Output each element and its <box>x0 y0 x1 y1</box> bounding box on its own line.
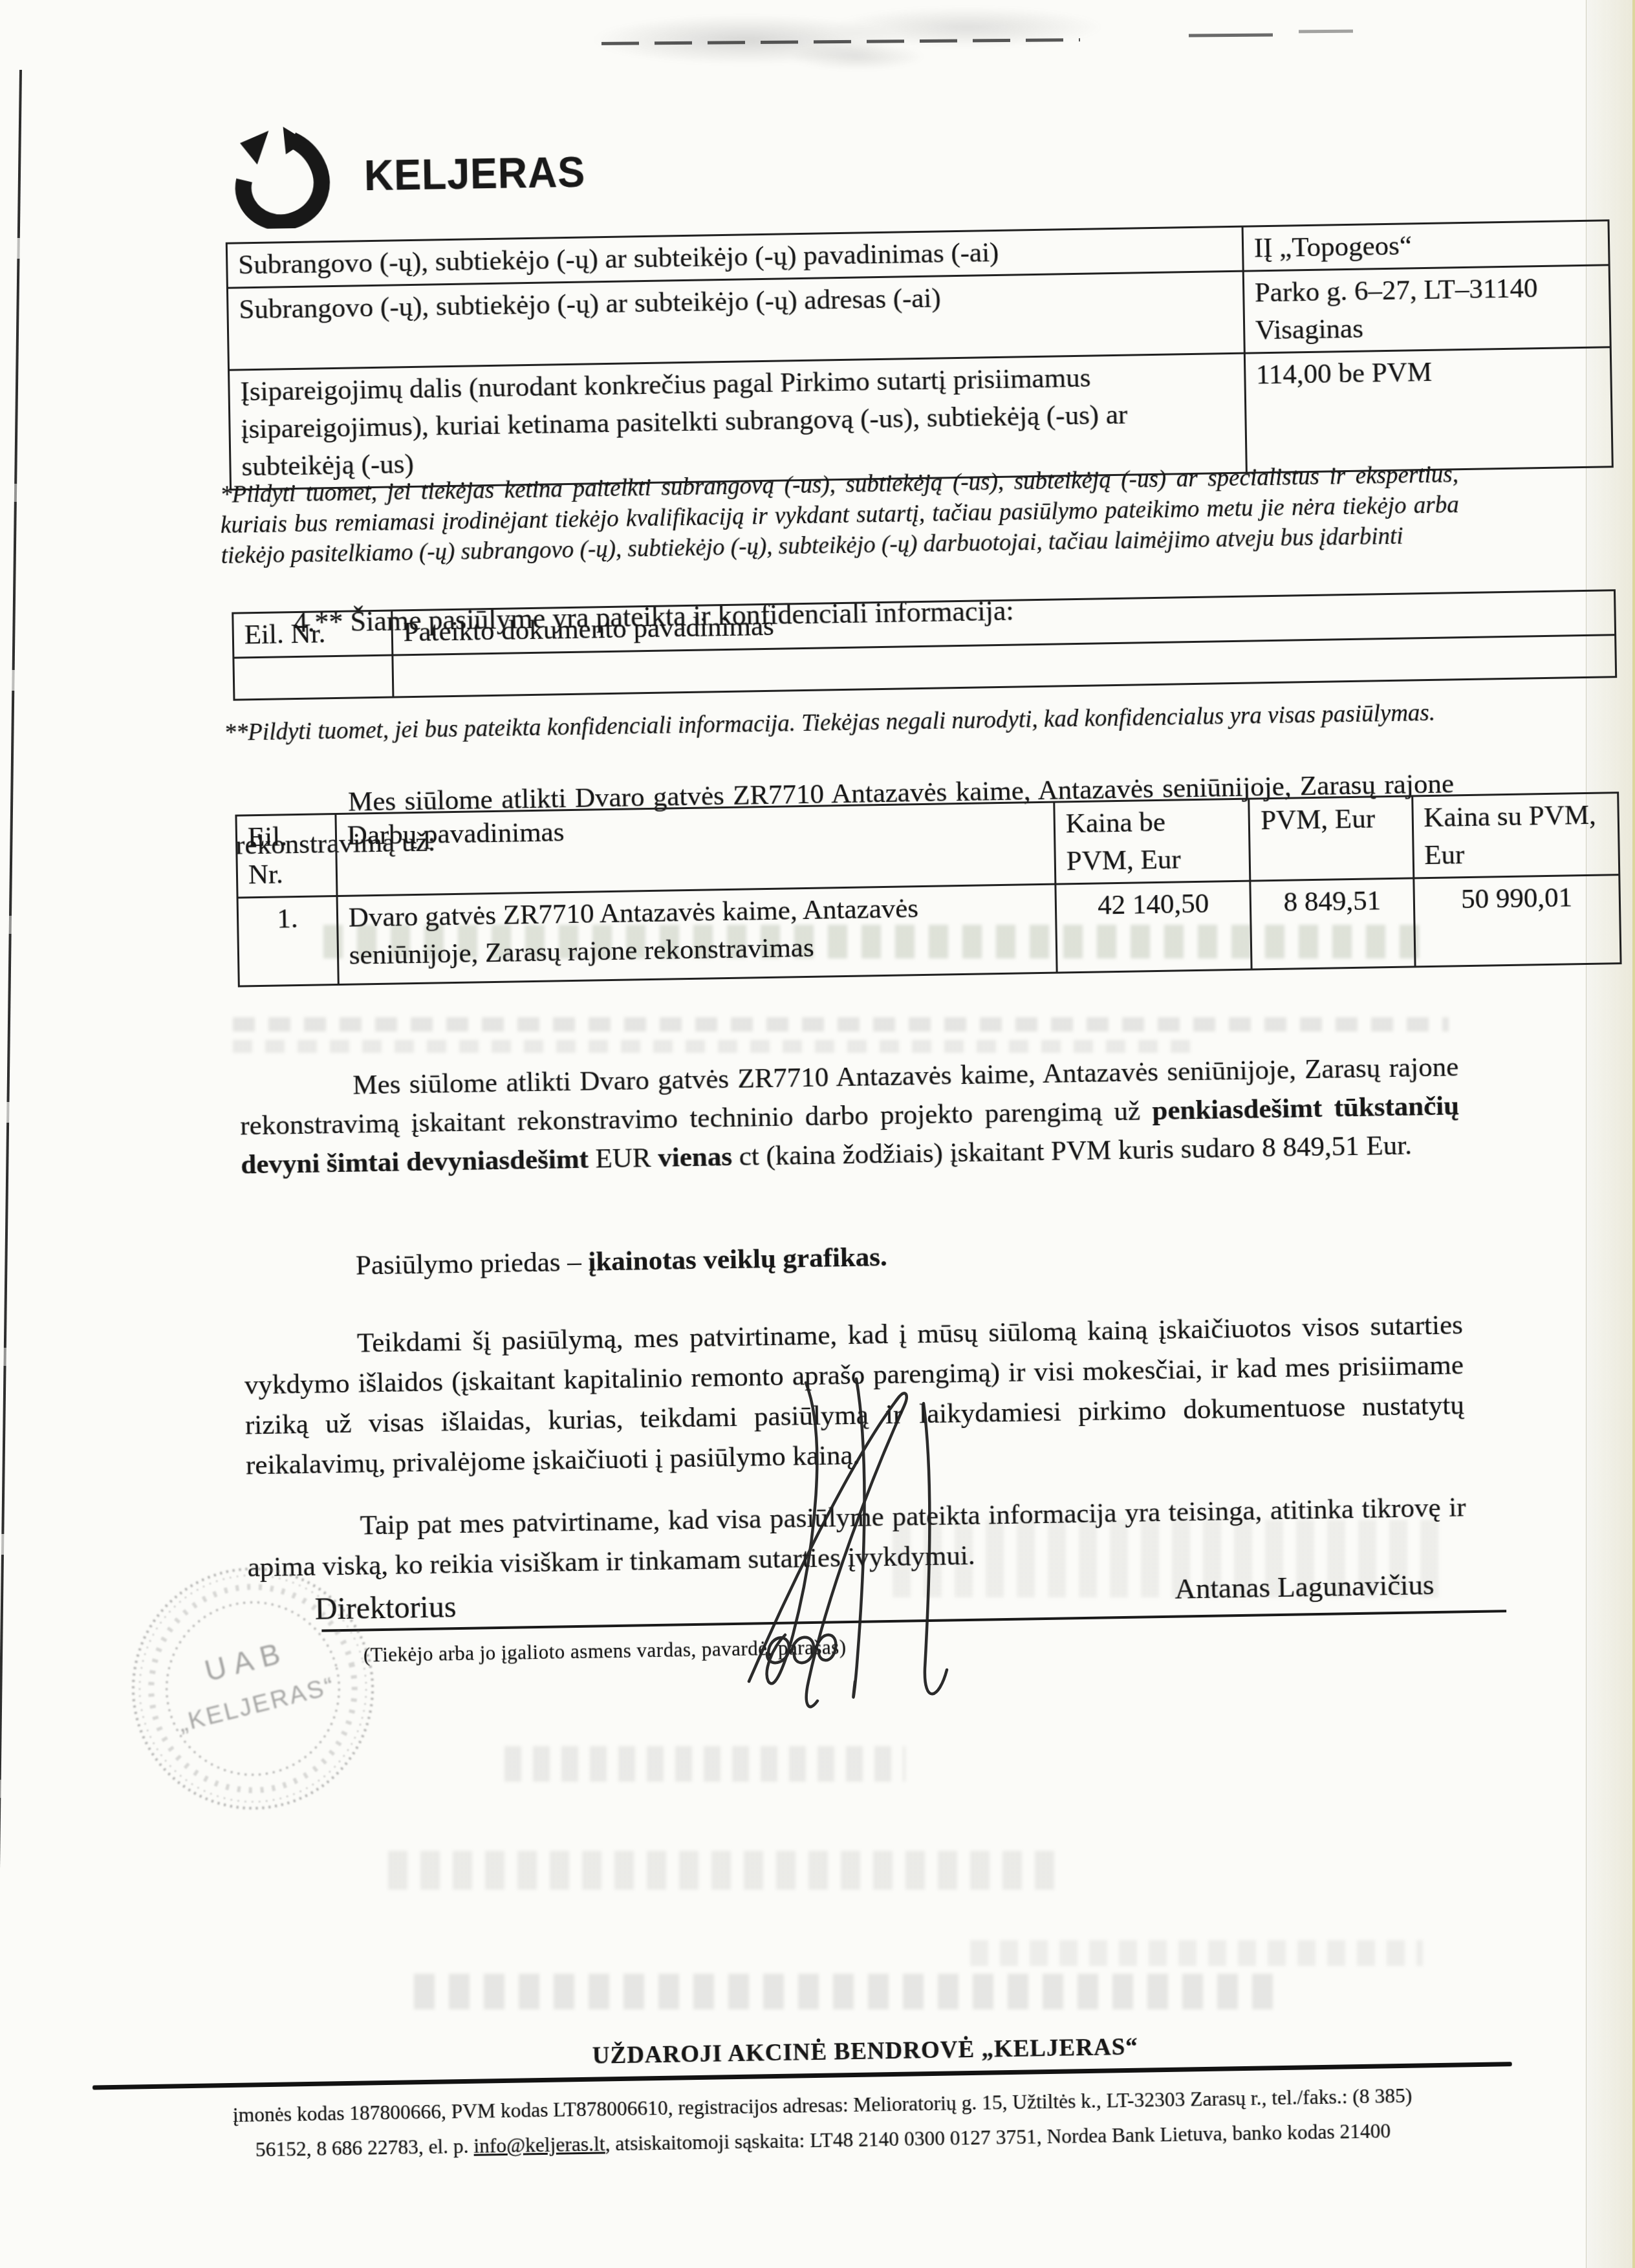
subcontractor-address-value: Parko g. 6–27, LT–31140 Visaginas <box>1243 265 1610 353</box>
col-header-price-no-vat: Kaina be PVM, Eur <box>1054 799 1250 884</box>
scanned-page: KELJERAS Subrangovo (-ų), subtiekėjo (-ų… <box>0 0 1635 2268</box>
subcontractor-table: Subrangovo (-ų), subtiekėjo (-ų) ar subt… <box>226 219 1614 490</box>
price-table: Eil. Nr. Darbų pavadinimas Kaina be PVM,… <box>235 792 1621 987</box>
offer-price-text: EUR <box>588 1143 658 1174</box>
work-name: Dvaro gatvės ZR7710 Antazavės kaime, Ant… <box>337 884 1057 984</box>
col-header-work-name: Darbų pavadinimas <box>336 802 1056 896</box>
attachment-name: įkainotas veiklų grafikas. <box>588 1242 887 1277</box>
footer-bank: , atsiskaitomoji sąskaita: LT48 2140 030… <box>605 2119 1391 2155</box>
cents-in-words: vienas <box>658 1141 732 1173</box>
row-number: 1. <box>237 896 338 987</box>
subcontractor-name-value: IĮ „Topogeos“ <box>1242 221 1609 271</box>
footer-phone: 56152, 8 686 22783, el. p. <box>255 2135 473 2161</box>
signer-name: Antanas Lagunavičius <box>1175 1566 1506 1605</box>
company-logo: KELJERAS <box>230 107 1008 236</box>
keljeras-logo-icon <box>230 124 334 230</box>
brand-name: KELJERAS <box>363 147 585 200</box>
page-edge-line-artifact <box>0 70 22 2107</box>
col-header-nr: Eil. Nr. <box>236 814 337 898</box>
col-header-vat: PVM, Eur <box>1249 796 1413 881</box>
price-with-vat: 50 990,01 <box>1413 875 1621 967</box>
obligation-share-value: 114,00 be PVM <box>1244 347 1612 473</box>
email-link: info@keljeras.lt <box>473 2132 605 2157</box>
price-no-vat: 42 140,50 <box>1056 881 1252 973</box>
col-header-price-with-vat: Kaina su PVM, Eur <box>1412 793 1619 878</box>
scan-dash-line-artifact <box>1189 33 1273 37</box>
empty-cell <box>233 655 393 700</box>
handwritten-signature <box>730 1376 960 1736</box>
col-header-nr: Eil. Nr. <box>233 610 393 658</box>
document-content: KELJERAS Subrangovo (-ų), subtiekėjo (-ų… <box>97 74 1517 2238</box>
company-stamp: UAB „KELJERAS“ <box>124 1560 382 1817</box>
offer-price-text: ct (kaina žodžiais) įskaitant PVM kuris … <box>732 1130 1413 1172</box>
stamp-uab-text: UAB <box>201 1635 290 1687</box>
attachment-line: Pasiūlymo priedas – įkainotas veiklų gra… <box>243 1227 1462 1288</box>
offer-price-paragraph: Mes siūlome atlikti Dvaro gatvės ZR7710 … <box>239 1048 1460 1184</box>
attachment-label: Pasiūlymo priedas – <box>356 1247 589 1281</box>
vat-amount: 8 849,51 <box>1250 878 1414 969</box>
stamp-company-text: „KELJERAS“ <box>176 1672 338 1738</box>
scan-dash-line-artifact <box>1299 30 1353 34</box>
footnote-double-star: **Pildyti tuomet, jei bus pateikta konfi… <box>224 697 1463 748</box>
